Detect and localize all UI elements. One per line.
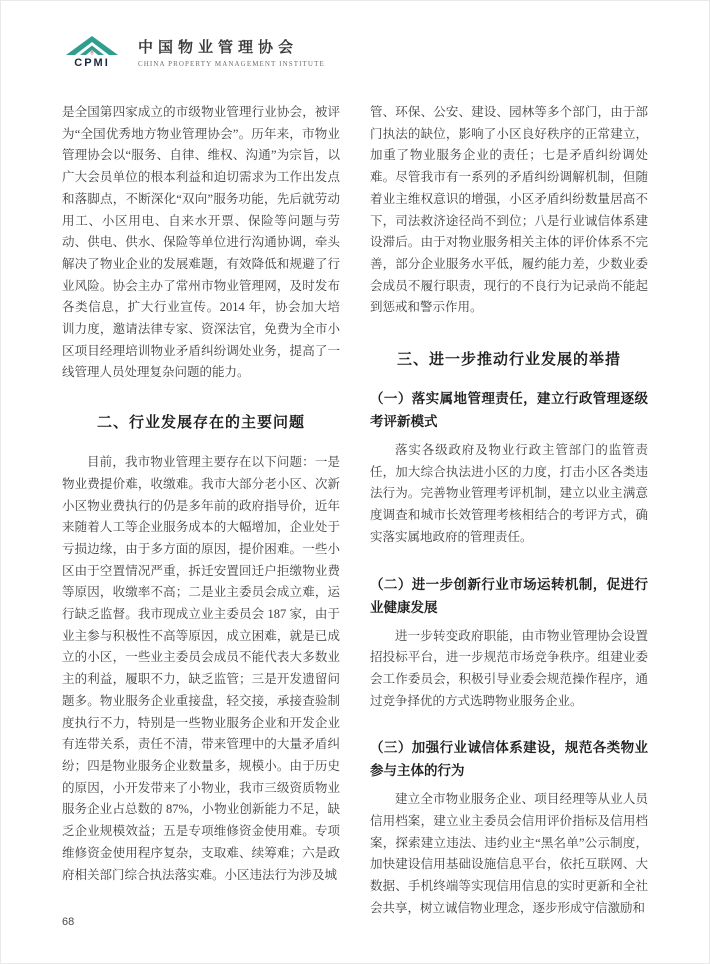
registered-mark-icon: ® — [90, 50, 95, 57]
page-number: 68 — [62, 916, 74, 928]
logo: ® CPMI 中国物业管理协会 CHINA PROPERTY MANAGEMEN… — [62, 34, 325, 69]
institute-name-cn: 中国物业管理协会 — [138, 36, 325, 57]
document-page: ® CPMI 中国物业管理协会 CHINA PROPERTY MANAGEMEN… — [0, 0, 710, 964]
subsection-title-2: （二）进一步创新行业市场运转机制，促进行业健康发展 — [370, 573, 648, 619]
subsection-body-2: 进一步转变政府职能，由市物业管理协会设置招投标平台，进一步规范市场竞争秩序。组建… — [370, 626, 648, 713]
paragraph-continuation: 是全国第四家成立的市级物业管理行业协会，被评为“全国优秀地方物业管理协会”。历年… — [62, 102, 340, 384]
logo-acronym: CPMI — [74, 57, 110, 69]
cpmi-logo-mark: ® CPMI — [62, 34, 122, 69]
section-heading-2: 二、行业发展存在的主要问题 — [62, 411, 340, 432]
subsection-title-3: （三）加强行业诚信体系建设，规范各类物业参与主体的行为 — [370, 736, 648, 782]
right-column: 管、环保、公安、建设、园林等多个部门，由于部门执法的缺位，影响了小区良好秩序的正… — [370, 102, 648, 920]
section-heading-3: 三、进一步推动行业发展的举措 — [370, 348, 648, 369]
subsection-title-1: （一）落实属地管理责任，建立行政管理逐级考评新模式 — [370, 387, 648, 433]
left-column: 是全国第四家成立的市级物业管理行业协会，被评为“全国优秀地方物业管理协会”。历年… — [62, 102, 340, 920]
institute-name-en: CHINA PROPERTY MANAGEMENT INSTITUTE — [138, 60, 325, 68]
text-columns: 是全国第四家成立的市级物业管理行业协会，被评为“全国优秀地方物业管理协会”。历年… — [62, 102, 648, 920]
paragraph-problems: 目前，我市物业管理主要存在以下问题：一是物业费提价难，收缴难。我市大部分老小区、… — [62, 452, 340, 886]
paragraph-continuation-2: 管、环保、公安、建设、园林等多个部门，由于部门执法的缺位，影响了小区良好秩序的正… — [370, 102, 648, 319]
subsection-body-3: 建立全市物业服务企业、项目经理等从业人员信用档案，建立业主委员会信用评价指标及信… — [370, 789, 648, 919]
logo-names: 中国物业管理协会 CHINA PROPERTY MANAGEMENT INSTI… — [138, 36, 325, 68]
subsection-body-1: 落实各级政府及物业行政主管部门的监管责任，加大综合执法进小区的力度，打击小区各类… — [370, 440, 648, 549]
